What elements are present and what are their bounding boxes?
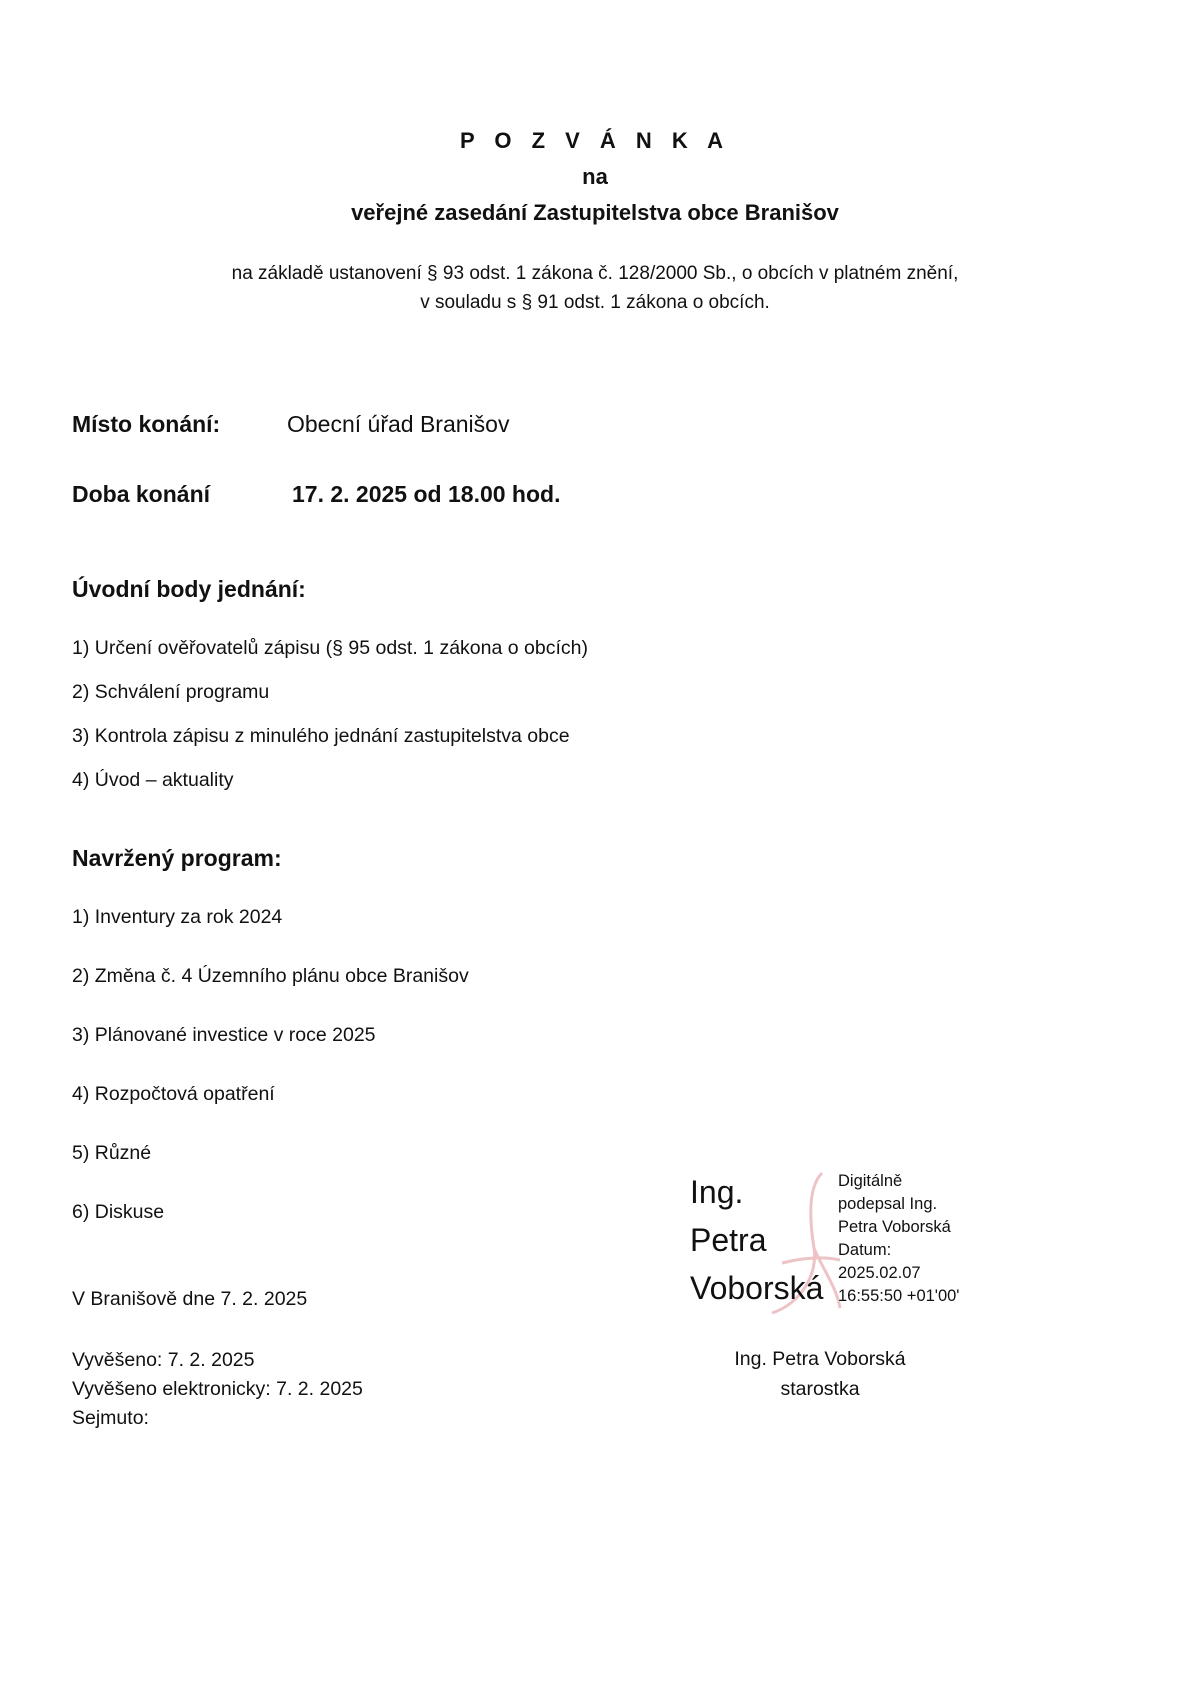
signature-name-line-2: Petra: [690, 1220, 766, 1260]
program-heading: Navržený program:: [72, 845, 282, 872]
posted-electronic-date: Vyvěšeno elektronicky: 7. 2. 2025: [72, 1378, 363, 1401]
doc-title: P O Z V Á N K A: [0, 128, 1190, 154]
removed-date: Sejmuto:: [72, 1407, 149, 1430]
signature-name-line-3: Voborská: [690, 1268, 823, 1308]
signature-info-line: Petra Voborská: [838, 1216, 951, 1239]
place-value: Obecní úřad Branišov: [287, 411, 509, 438]
program-item: 1) Inventury za rok 2024: [72, 906, 282, 929]
intro-item: 2) Schválení programu: [72, 681, 269, 704]
intro-item: 3) Kontrola zápisu z minulého jednání za…: [72, 725, 570, 748]
program-item: 3) Plánované investice v roce 2025: [72, 1024, 376, 1047]
signature-info-line: Datum:: [838, 1239, 891, 1262]
signature-info-line: 16:55:50 +01'00': [838, 1285, 959, 1308]
signature-info-line: Digitálně: [838, 1170, 902, 1193]
program-item: 5) Různé: [72, 1142, 151, 1165]
legal-basis-line-2: v souladu s § 91 odst. 1 zákona o obcích…: [0, 292, 1190, 314]
program-item: 2) Změna č. 4 Územního plánu obce Braniš…: [72, 965, 469, 988]
time-label: Doba konání: [72, 481, 210, 508]
posted-date: Vyvěšeno: 7. 2. 2025: [72, 1349, 255, 1372]
doc-subtitle: veřejné zasedání Zastupitelstva obce Bra…: [0, 200, 1190, 226]
doc-title-na: na: [0, 164, 1190, 190]
place-date: V Branišově dne 7. 2. 2025: [72, 1288, 307, 1311]
signature-info-line: podepsal Ing.: [838, 1193, 937, 1216]
legal-basis-line-1: na základě ustanovení § 93 odst. 1 zákon…: [0, 263, 1190, 285]
program-item: 4) Rozpočtová opatření: [72, 1083, 275, 1106]
time-value: 17. 2. 2025 od 18.00 hod.: [292, 481, 560, 508]
intro-item: 4) Úvod – aktuality: [72, 769, 234, 792]
signature-info-line: 2025.02.07: [838, 1262, 921, 1285]
program-item: 6) Diskuse: [72, 1201, 164, 1224]
signatory-name: Ing. Petra Voborská: [700, 1348, 940, 1371]
signatory-role: starostka: [700, 1378, 940, 1401]
intro-heading: Úvodní body jednání:: [72, 576, 306, 603]
intro-item: 1) Určení ověřovatelů zápisu (§ 95 odst.…: [72, 637, 588, 660]
signature-name-line-1: Ing.: [690, 1172, 743, 1212]
place-label: Místo konání:: [72, 411, 220, 438]
